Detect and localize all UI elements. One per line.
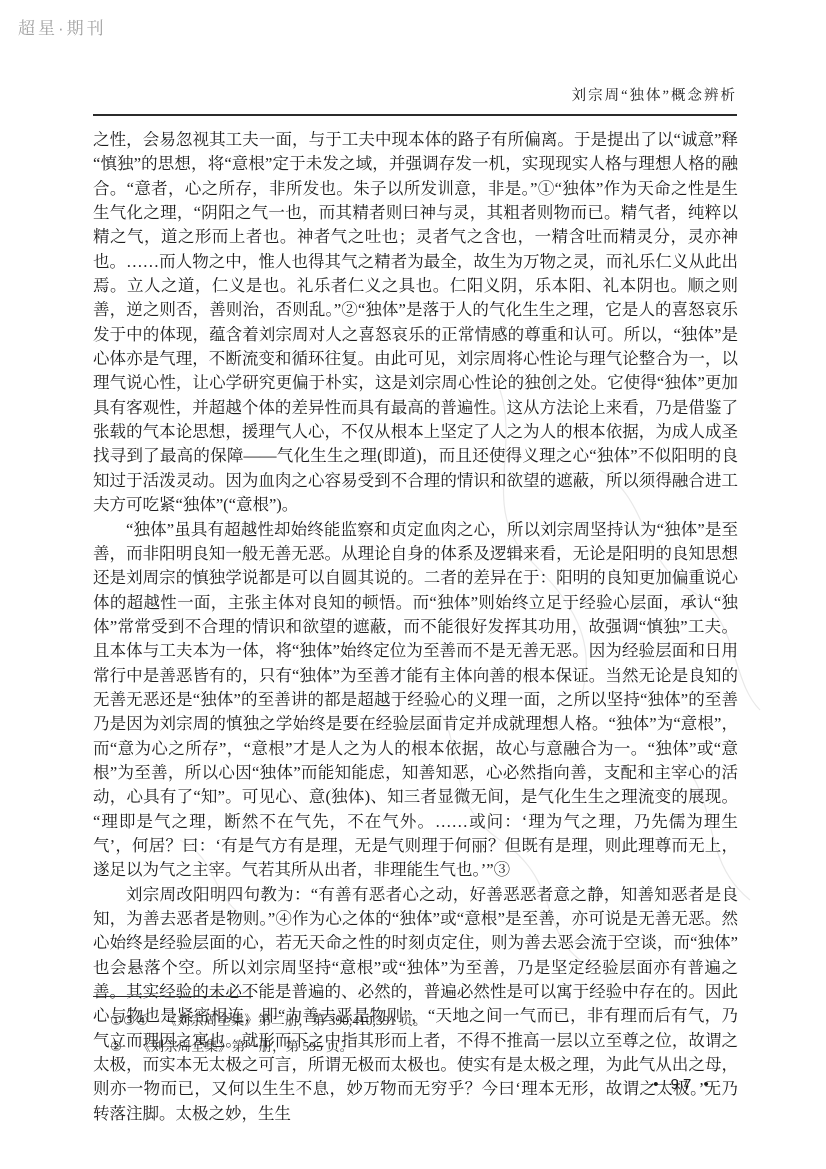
footnote-marker: ② (110, 1034, 123, 1060)
body-paragraph: 之性，会易忽视其工夫一面，与于工夫中现本体的路子有所偏离。于是提出了以“诚意”释… (93, 128, 738, 518)
scanned-paper-page: 超星·期刊 刘宗周“独体”概念辨析 之性，会易忽视其工夫一面，与于工夫中现本体的… (0, 0, 826, 1169)
body-paragraph: “独体”虽具有超越性却始终能监察和贞定血肉之心，所以刘宗周坚持认为“独体”是至善… (93, 518, 738, 883)
page-number: • 97 • (628, 1076, 738, 1093)
footnote-separator (93, 996, 253, 997)
footnote-item: ② 《刘宗周全集》第一册，第 595 页。 (110, 1034, 650, 1060)
running-title: 刘宗周“独体”概念辨析 (93, 84, 737, 116)
article-body: 之性，会易忽视其工夫一面，与于工夫中现本体的路子有所偏离。于是提出了以“诚意”释… (93, 128, 738, 1126)
footnote-text: 《刘宗周全集》第二册，第 390,410,391 页。 (163, 1008, 650, 1034)
journal-logo: 超星·期刊 (18, 14, 107, 39)
footnote-text: 《刘宗周全集》第一册，第 595 页。 (137, 1034, 650, 1060)
footnote-item: ①③④ 《刘宗周全集》第二册，第 390,410,391 页。 (110, 1008, 650, 1034)
footnotes: ①③④ 《刘宗周全集》第二册，第 390,410,391 页。 ② 《刘宗周全集… (110, 1008, 650, 1060)
footnote-marker: ①③④ (110, 1008, 149, 1034)
